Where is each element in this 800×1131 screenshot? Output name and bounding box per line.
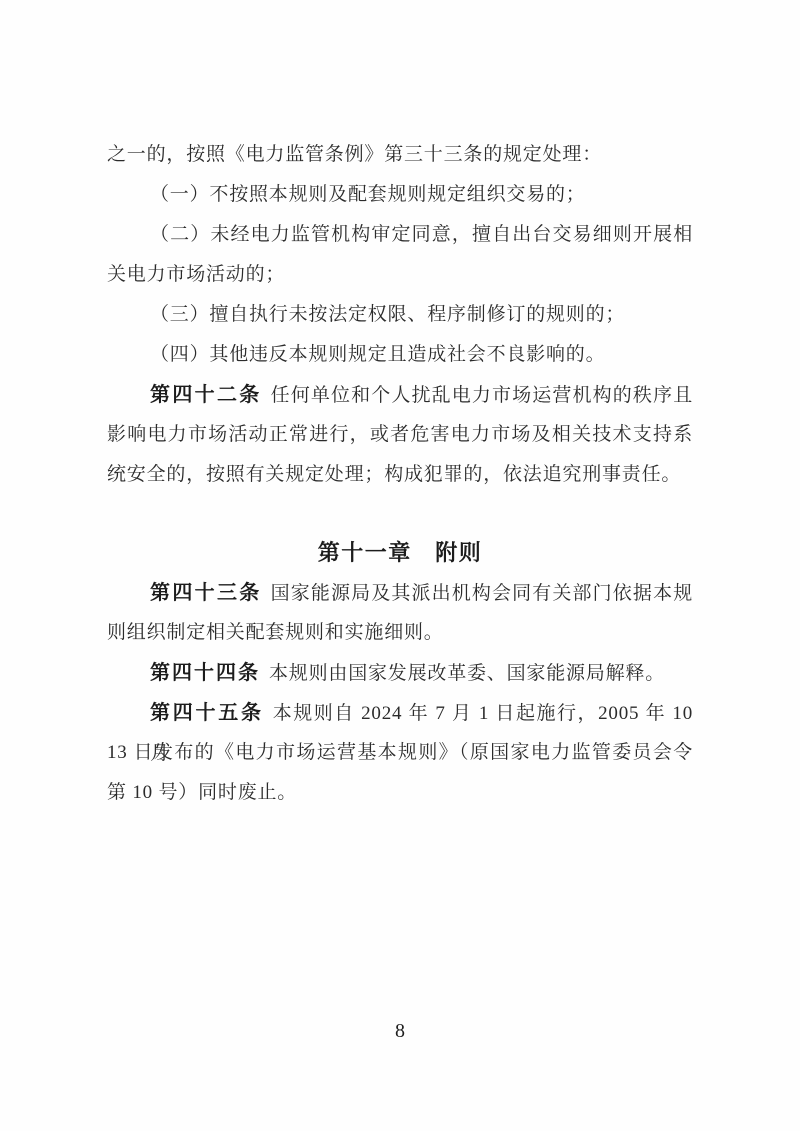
body-line: （二）未经电力监管机构审定同意，擅自出台交易细则开展相 <box>107 215 693 255</box>
article-43-line: 第四十三条国家能源局及其派出机构会同有关部门依据本规 <box>107 573 693 613</box>
chapter-heading-text: 第十一章 附则 <box>318 540 483 565</box>
article-number-label: 第四十二条 <box>150 384 262 406</box>
body-line-text: 则组织制定相关配套规则和实施细则。 <box>107 622 444 643</box>
body-line-text: 国家能源局及其派出机构会同有关部门依据本规 <box>271 583 693 604</box>
article-number-label: 第四十五条 <box>150 702 264 724</box>
page-number: 8 <box>0 1011 800 1051</box>
body-line: 之一的，按照《电力监管条例》第三十三条的规定处理： <box>107 135 693 175</box>
document-page: 之一的，按照《电力监管条例》第三十三条的规定处理： （一）不按照本规则及配套规则… <box>0 0 800 1131</box>
body-line: 则组织制定相关配套规则和实施细则。 <box>107 613 693 653</box>
body-line: 关电力市场活动的； <box>107 255 693 295</box>
body-line-text: （四）其他违反本规则规定且造成社会不良影响的。 <box>150 344 605 365</box>
document-body: 之一的，按照《电力监管条例》第三十三条的规定处理： （一）不按照本规则及配套规则… <box>107 135 693 813</box>
body-line: 13 日发布的《电力市场运营基本规则》（原国家电力监管委员会令 <box>107 733 693 773</box>
body-line-text: （一）不按照本规则及配套规则规定组织交易的； <box>150 184 586 205</box>
body-line-text: 之一的，按照《电力监管条例》第三十三条的规定处理： <box>107 144 602 165</box>
body-line-text: 13 日发布的《电力市场运营基本规则》（原国家电力监管委员会令 <box>107 742 693 763</box>
body-line-text: 统安全的，按照有关规定处理；构成犯罪的，依法追究刑事责任。 <box>107 464 681 485</box>
body-line-text: 第 10 号）同时废止。 <box>107 782 297 803</box>
article-number-label: 第四十四条 <box>150 662 260 684</box>
article-42-line: 第四十二条任何单位和个人扰乱电力市场运营机构的秩序且 <box>107 375 693 415</box>
body-line-text: 本规则由国家发展改革委、国家能源局解释。 <box>269 663 665 684</box>
body-line: （三）擅自执行未按法定权限、程序制修订的规则的； <box>107 295 693 335</box>
article-number-label: 第四十三条 <box>150 582 262 604</box>
body-line-text: 任何单位和个人扰乱电力市场运营机构的秩序且 <box>271 385 693 406</box>
body-line: 第 10 号）同时废止。 <box>107 773 693 813</box>
body-line: （一）不按照本规则及配套规则规定组织交易的； <box>107 175 693 215</box>
article-45-line: 第四十五条本规则自 2024 年 7 月 1 日起施行，2005 年 10 月 <box>107 693 693 733</box>
body-line: 影响电力市场活动正常进行，或者危害电力市场及相关技术支持系 <box>107 415 693 455</box>
chapter-heading: 第十一章 附则 <box>107 533 693 573</box>
body-line-text: 影响电力市场活动正常进行，或者危害电力市场及相关技术支持系 <box>107 424 693 445</box>
article-44-line: 第四十四条本规则由国家发展改革委、国家能源局解释。 <box>107 653 693 693</box>
body-line-text: （三）擅自执行未按法定权限、程序制修订的规则的； <box>150 304 625 325</box>
body-line-text: （二）未经电力监管机构审定同意，擅自出台交易细则开展相 <box>150 224 693 245</box>
body-line: （四）其他违反本规则规定且造成社会不良影响的。 <box>107 335 693 375</box>
body-line-text: 关电力市场活动的； <box>107 264 285 285</box>
body-line: 统安全的，按照有关规定处理；构成犯罪的，依法追究刑事责任。 <box>107 455 693 495</box>
